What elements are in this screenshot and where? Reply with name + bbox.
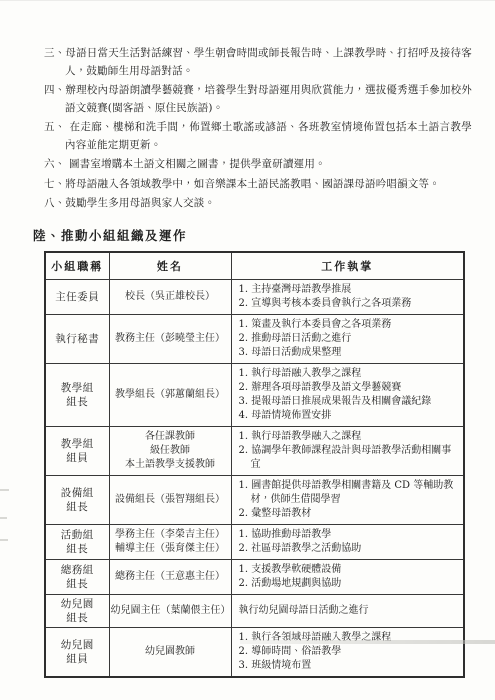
document-page: 三、母語日當天生活對話練習、學生朝會時間或師長報告時、上課教學時、打招呼及接待客…	[0, 0, 495, 700]
name-line: 設備組長（張智翔組長）	[111, 493, 230, 507]
role-line: 教學組	[47, 437, 108, 451]
duty-line: 1. 主持臺灣母語教學推展	[239, 283, 459, 297]
list-item: 七、將母語融入各領域教學中，如音樂課本土語民謠教唱、國語課母語吟唱韻文等。	[44, 176, 472, 194]
duties-cell: 1. 主持臺灣母語教學推展 2. 宣導與考核本委員會執行之各項業務	[231, 279, 464, 314]
table-row: 教學組 組長 教學組長（郭蕙蘭組長） 1. 執行母語融入教學之課程 2. 辦理各…	[45, 363, 464, 426]
name-line: 級任教師	[111, 444, 230, 458]
scan-artifact	[240, 640, 495, 644]
duties-cell: 1. 執行母語融入教學之課程 2. 辦理各項母語教學及語文學藝競賽 3. 提報母…	[231, 363, 464, 426]
name-line: 教學組長（郭蕙蘭組長）	[111, 388, 230, 402]
duties-cell: 執行幼兒園母語日活動之進行	[231, 594, 464, 627]
duties-cell: 1. 執行各領域母語融入教學之課程 2. 導師時間、俗語教學 3. 班級情境布置	[231, 627, 464, 677]
table-row: 主任委員 校長（吳正雄校長） 1. 主持臺灣母語教學推展 2. 宣導與考核本委員…	[45, 279, 464, 314]
duties-cell: 1. 協助推動母語教學 2. 社區母語教學之活動協助	[231, 524, 464, 559]
role-line: 教學組	[47, 381, 108, 395]
name-line: 各任課教師	[111, 430, 230, 444]
list-item: 六、 圖書室增購本土語文相關之圖書，提供學童研讀運用。	[44, 156, 472, 174]
name-cell: 總務主任（王意惠主任）	[109, 559, 231, 594]
section-title: 陸、推動小組組織及運作	[33, 226, 472, 244]
duty-line: 1. 執行母語教學融入之課程	[239, 430, 459, 444]
role-line: 活動組	[47, 528, 108, 542]
table-row: 執行秘書 教務主任（彭曉瑩主任） 1. 策畫及執行本委員會之各項業務 2. 推動…	[45, 314, 464, 363]
duty-line: 2. 推動母語日活動之進行	[239, 332, 459, 346]
role-cell: 總務組 組長	[45, 559, 109, 594]
role-cell: 幼兒園 組長	[45, 594, 109, 627]
duty-line: 1. 協助推動母語教學	[239, 528, 459, 542]
duty-line: 1. 支援教學軟硬體設備	[239, 563, 459, 577]
name-line: 幼兒園教師	[111, 645, 230, 659]
duty-line: 3. 母語日活動成果整理	[239, 346, 459, 360]
name-cell: 教務主任（彭曉瑩主任）	[109, 314, 231, 363]
role-line: 組長	[47, 500, 108, 514]
name-cell: 學務主任（李榮吉主任） 輔導主任（張育傑主任）	[109, 524, 231, 559]
role-line: 執行秘書	[47, 332, 108, 346]
duty-line: 1. 圖書館提供母語教學相關書籍及 CD 等輔助教材，供師生借閱學習	[239, 479, 459, 507]
role-line: 組長	[47, 577, 108, 591]
col-header-role: 小組職稱	[45, 252, 109, 280]
role-cell: 主任委員	[45, 279, 109, 314]
role-line: 組員	[47, 451, 108, 465]
duties-cell: 1. 策畫及執行本委員會之各項業務 2. 推動母語日活動之進行 3. 母語日活動…	[231, 314, 464, 363]
table-header-row: 小組職稱 姓名 工作執掌	[45, 252, 464, 280]
list-item: 四、辦理校內母語朗讀學藝競賽，培養學生對母語運用與欣賞能力，選拔優秀選手參加校外…	[44, 82, 472, 117]
duty-line: 2. 活動場地規劃與協助	[239, 577, 459, 591]
col-header-duties: 工作執掌	[231, 252, 464, 280]
duty-line: 2. 彙整母語教材	[239, 507, 459, 521]
duty-line: 2. 協調學年教師課程設計與母語教學活動相關事宜	[239, 444, 459, 472]
duty-line: 2. 辦理各項母語教學及語文學藝競賽	[239, 381, 459, 395]
duty-line: 1. 策畫及執行本委員會之各項業務	[239, 318, 459, 332]
duty-line: 1. 執行母語融入教學之課程	[239, 367, 459, 381]
duties-cell: 1. 支援教學軟硬體設備 2. 活動場地規劃與協助	[231, 559, 464, 594]
name-line: 校長（吳正雄校長）	[111, 290, 230, 304]
name-line: 輔導主任（張育傑主任）	[111, 542, 230, 556]
numbered-item-list: 三、母語日當天生活對話練習、學生朝會時間或師長報告時、上課教學時、打招呼及接待客…	[44, 45, 472, 213]
table-row: 總務組 組長 總務主任（王意惠主任） 1. 支援教學軟硬體設備 2. 活動場地規…	[45, 559, 464, 594]
name-cell: 教學組長（郭蕙蘭組長）	[109, 363, 231, 426]
table-row: 幼兒園 組長 幼兒園主任（葉蘭偎主任） 執行幼兒園母語日活動之進行	[45, 594, 464, 627]
scan-artifact	[0, 489, 9, 491]
name-line: 總務主任（王意惠主任）	[111, 570, 230, 584]
role-line: 設備組	[47, 486, 108, 500]
role-cell: 執行秘書	[45, 314, 109, 363]
name-cell: 設備組長（張智翔組長）	[109, 475, 231, 524]
name-cell: 校長（吳正雄校長）	[109, 279, 231, 314]
role-cell: 幼兒園 組員	[45, 627, 109, 677]
role-line: 幼兒園	[47, 597, 108, 611]
role-line: 幼兒園	[47, 638, 108, 652]
name-line: 教務主任（彭曉瑩主任）	[111, 332, 230, 346]
name-cell: 各任課教師 級任教師 本土語教學支援教師	[109, 426, 231, 475]
name-cell: 幼兒園教師	[109, 627, 231, 677]
table-row: 設備組 組長 設備組長（張智翔組長） 1. 圖書館提供母語教學相關書籍及 CD …	[45, 475, 464, 524]
table-row: 教學組 組員 各任課教師 級任教師 本土語教學支援教師 1. 執行母語教學融入之…	[45, 426, 464, 475]
duty-line: 執行幼兒園母語日活動之進行	[239, 604, 459, 618]
role-line: 組長	[47, 542, 108, 556]
name-line: 幼兒園主任（葉蘭偎主任）	[111, 604, 230, 618]
name-line: 本土語教學支援教師	[111, 458, 230, 472]
duty-line: 4. 母語情境佈置安排	[239, 409, 459, 423]
list-item: 八、鼓勵學生多用母語與家人交談。	[44, 195, 472, 213]
name-line: 學務主任（李榮吉主任）	[111, 528, 230, 542]
role-line: 主任委員	[47, 290, 108, 304]
role-line: 組員	[47, 652, 108, 666]
role-cell: 教學組 組員	[45, 426, 109, 475]
role-line: 總務組	[47, 563, 108, 577]
scan-artifact	[0, 517, 7, 519]
duty-line: 2. 宣導與考核本委員會執行之各項業務	[239, 297, 459, 311]
duty-line: 3. 提報母語日推展成果報告及相關會議紀錄	[239, 395, 459, 409]
document-body: 三、母語日當天生活對話練習、學生朝會時間或師長報告時、上課教學時、打招呼及接待客…	[44, 45, 472, 678]
name-cell: 幼兒園主任（葉蘭偎主任）	[109, 594, 231, 627]
role-line: 組長	[47, 395, 108, 409]
col-header-name: 姓名	[109, 252, 231, 280]
role-line: 組長	[47, 611, 108, 625]
role-cell: 設備組 組長	[45, 475, 109, 524]
duty-line: 3. 班級情境布置	[239, 659, 459, 673]
duty-line: 2. 導師時間、俗語教學	[239, 645, 459, 659]
duty-line: 2. 社區母語教學之活動協助	[239, 542, 459, 556]
table-row: 活動組 組長 學務主任（李榮吉主任） 輔導主任（張育傑主任） 1. 協助推動母語…	[45, 524, 464, 559]
role-cell: 活動組 組長	[45, 524, 109, 559]
duties-cell: 1. 執行母語教學融入之課程 2. 協調學年教師課程設計與母語教學活動相關事宜	[231, 426, 464, 475]
duties-cell: 1. 圖書館提供母語教學相關書籍及 CD 等輔助教材，供師生借閱學習 2. 彙整…	[231, 475, 464, 524]
table-row: 幼兒園 組員 幼兒園教師 1. 執行各領域母語融入教學之課程 2. 導師時間、俗…	[45, 627, 464, 677]
list-item: 五、 在走廊、樓梯和洗手間，佈置鄉土歌謠或諺語、各班教室情境佈置包括本土語言教學…	[44, 119, 472, 154]
committee-table: 小組職稱 姓名 工作執掌 主任委員 校長（吳正雄校長） 1. 主持臺灣母語教學推…	[44, 251, 465, 678]
role-cell: 教學組 組長	[45, 363, 109, 426]
list-item: 三、母語日當天生活對話練習、學生朝會時間或師長報告時、上課教學時、打招呼及接待客…	[44, 45, 472, 80]
scan-artifact	[0, 539, 8, 541]
